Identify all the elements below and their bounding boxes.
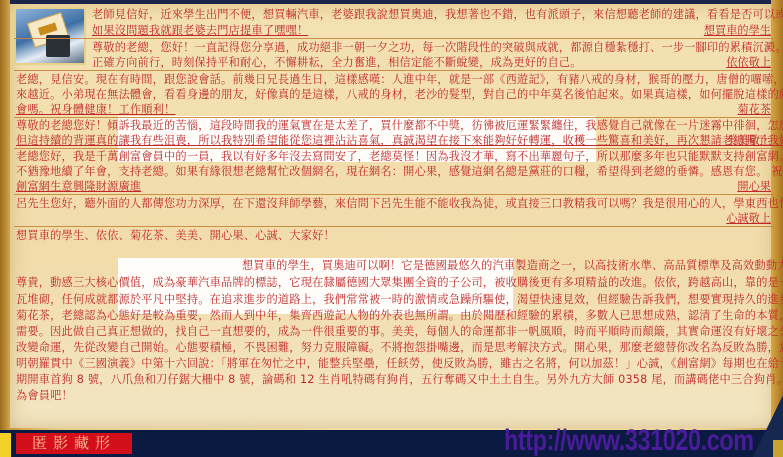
message-6-line-1: 呂先生您好，聽外面的人都傳您功力深厚，在下還沒拜師學藝，來信問下呂先生能不能收我… — [16, 197, 783, 211]
reply-line-3: 瓦堆砌，任何成就都源於平凡中堅持。在追求進步的道路上，我們常常被一時的激情或急躁… — [16, 293, 783, 307]
website-url-link[interactable]: http://www.331020.com — [504, 424, 754, 457]
divider — [14, 226, 774, 227]
footer-yellow-marker — [0, 433, 11, 457]
letters-content: 老師見信好，近來學生出門不便，想買輛汽車，老婆跟我說想買奧迪，我想著也不錯，也有… — [0, 0, 783, 430]
message-4-signature: 美美敬上 — [726, 134, 771, 148]
reply-line-5: 需要。因此做自己真正想做的，找自己一直想要的，成為一件很重要的事。美美，每個人的… — [16, 325, 783, 339]
message-1-signature: 想買車的學生 — [704, 24, 771, 38]
message-3-line-2: 來越近。小弟現在無法體會，看看身邊的朋友，好像真的是這樣，八戒的身材，老沙的髮型… — [16, 88, 783, 102]
message-4-line-2: 但這持續的背運真的讓我有些沮喪，所以我特別希望能從您這裡沾沾喜氣，真誠渴望在接下… — [16, 134, 783, 148]
message-2-line-2: 正確方向前行，時刻保持平和耐心，不懈耕耘，全力奮進，相信定能不斷蛻變，成為更好的… — [92, 56, 582, 70]
message-5-line-2: 不猶豫地續了年會，支持老總。如果有緣很想老總幫忙改個網名，現在網名：開心果，感覺… — [16, 165, 783, 179]
corner-accent — [773, 440, 783, 457]
message-4-line-1: 尊敬的老總您好！傾訴我最近的苦惱，這段時間我的運氣實在是太差了，買什麼都不中獎，… — [16, 119, 783, 133]
message-5-line-3: 創富網生意興隆財源廣進 — [16, 180, 141, 194]
reply-line-4: 菊花茶，老總認為心態好是較為重要，然而人到中年，集齊西遊記人物的外表也無所謂。由… — [16, 309, 783, 323]
reply-line-7: 明朝羅貫中《三國演義》中第十六回說：「將軍在匆忙之中，能整兵堅壘，任飫勞，使反敗… — [16, 357, 783, 371]
reply-line-8: 期開車首狗 8 號，八爪魚和刀仔鋸大柵中 8 號，論碼和 12 生肖吼特碼有狗肖… — [16, 373, 783, 387]
message-3-line-1: 老總，見信安。現在有時間，跟您說會話。前幾日兄長過生日，這樣感嘆：人進中年，就是… — [16, 73, 783, 87]
reply-line-9: 為會員吧！ — [16, 389, 73, 403]
message-2-signature: 依依敬上 — [726, 56, 771, 70]
reply-line-1: 想買車的學生，買奧迪可以啊！它是德國最悠久的汽車製造商之一，以高技術水準、高品質… — [242, 259, 783, 273]
reply-line-6: 改變命運，先從改變自己開始。心態要積極，不畏困難，努力克服障礙。不將抱怨掛嘴邊，… — [16, 341, 783, 355]
message-3-line-3: 會嗎。祝身體健康！工作順利！ — [16, 103, 175, 117]
message-6-signature: 心誠敬上 — [726, 212, 771, 226]
reply-greeting: 想買車的學生、依依、菊花茶、美美、開心果、心誠、大家好！ — [16, 229, 335, 243]
divider — [14, 38, 774, 39]
message-5-signature: 開心果 — [737, 180, 771, 194]
reply-line-2: 尊貴，動感三大核心價值，成為豪華汽車品牌的標誌，它現在隸屬德國大眾集團全資的子公… — [16, 276, 783, 290]
message-5-line-1: 老總您好，我是千萬創富會員中的一員，我以有好多年沒去寫問安了，老總莫怪！因為我沒… — [16, 150, 783, 164]
message-1-line-1: 老師見信好，近來學生出門不便，想買輛汽車，老婆跟我說想買奧迪，我想著也不錯，也有… — [92, 8, 783, 22]
message-3-signature: 菊花茶 — [737, 103, 771, 117]
divider — [14, 70, 774, 71]
message-1-line-2: 如果沒問題我就跟老婆去門店提車了嘿嘿！ — [92, 24, 308, 38]
divider — [14, 194, 774, 195]
footer-title-tab[interactable]: 匿影藏形 — [16, 433, 132, 454]
divider — [14, 148, 774, 149]
message-2-line-1: 尊敬的老總，您好！一直記得您分享過，成功絕非一朝一夕之功，每一次階段性的突破與成… — [92, 41, 783, 55]
divider — [14, 117, 774, 118]
